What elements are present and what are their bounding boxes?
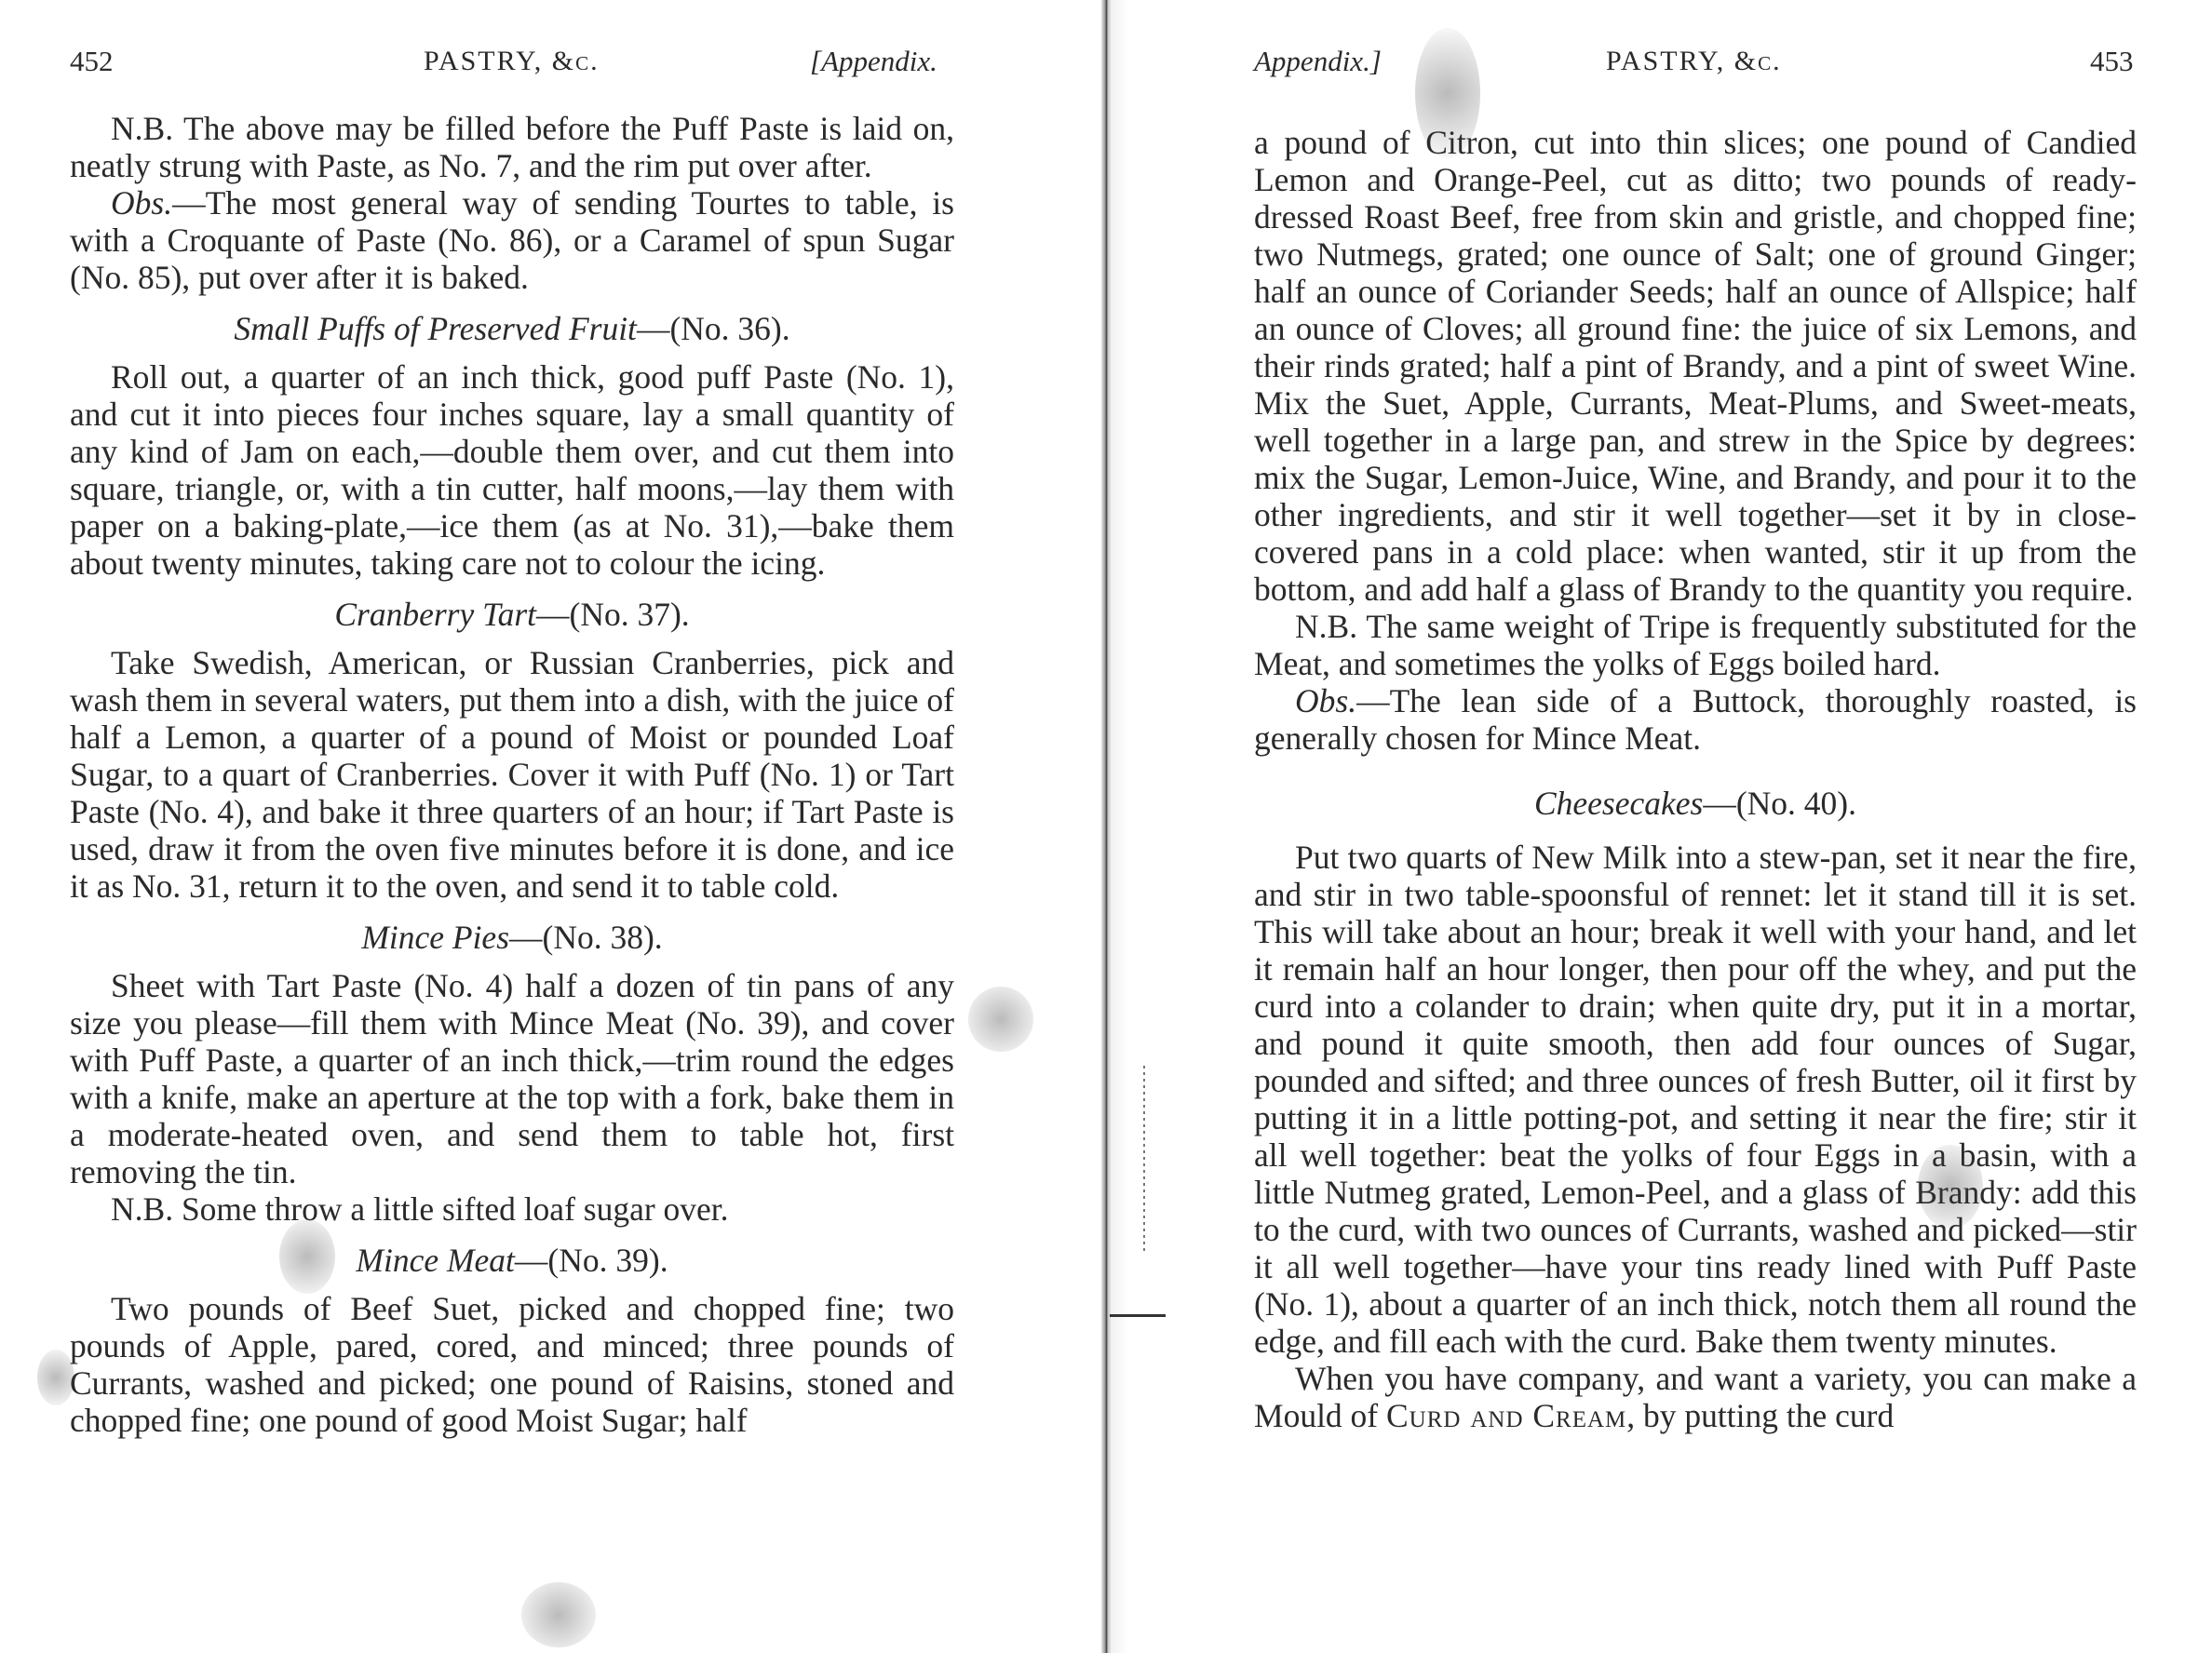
small-caps-term: Curd and Cream	[1386, 1397, 1626, 1434]
paragraph: Put two quarts of New Milk into a stew-p…	[1254, 839, 2137, 1360]
paragraph: Roll out, a quarter of an inch thick, go…	[70, 358, 954, 582]
paragraph: a pound of Citron, cut into thin slices;…	[1254, 124, 2137, 608]
paragraph: Two pounds of Beef Suet, picked and chop…	[70, 1290, 954, 1439]
paragraph: Obs.—The most general way of sending Tou…	[70, 184, 954, 296]
obs-label: Obs.	[1295, 682, 1356, 719]
paragraph-text: , by putting the curd	[1626, 1397, 1894, 1434]
recipe-title: Mince Pies	[361, 919, 509, 956]
paragraph: Take Swedish, American, or Russian Cranb…	[70, 644, 954, 905]
paragraph: Obs.—The lean side of a Buttock, thoroug…	[1254, 682, 2137, 757]
left-page-header: 452 PASTRY, &c. [Appendix.	[0, 41, 1099, 82]
recipe-number: —(No. 36).	[637, 310, 790, 347]
right-page-body: a pound of Citron, cut into thin slices;…	[1254, 124, 2137, 1434]
recipe-heading: Mince Meat—(No. 39).	[70, 1242, 954, 1279]
recipe-number: —(No. 40).	[1703, 785, 1856, 822]
recipe-title: Cheesecakes	[1534, 785, 1703, 822]
paragraph: Sheet with Tart Paste (No. 4) half a doz…	[70, 967, 954, 1190]
scan-smudge	[1918, 1145, 1983, 1229]
recipe-title: Cranberry Tart	[334, 596, 536, 633]
paragraph: N.B. The above may be filled before the …	[70, 110, 954, 184]
running-title: PASTRY, &c.	[1606, 41, 1782, 82]
page-number: 453	[2090, 41, 2134, 82]
scan-smudge	[37, 1350, 74, 1405]
paragraph: When you have company, and want a variet…	[1254, 1360, 2137, 1434]
page-number: 452	[70, 41, 114, 82]
recipe-heading: Mince Pies—(No. 38).	[70, 919, 954, 956]
scan-smudge	[521, 1582, 596, 1647]
section-label: [Appendix.	[810, 41, 937, 82]
book-spread: 452 PASTRY, &c. [Appendix. N.B. The abov…	[0, 0, 2212, 1653]
recipe-number: —(No. 39).	[515, 1242, 668, 1279]
paragraph: N.B. Some throw a little sifted loaf sug…	[70, 1190, 954, 1228]
scan-smudge	[968, 987, 1033, 1052]
section-label: Appendix.]	[1254, 41, 1382, 82]
paragraph-text: —The most general way of sending Tourtes…	[70, 184, 954, 296]
left-page: 452 PASTRY, &c. [Appendix. N.B. The abov…	[0, 0, 1099, 1653]
right-page-header: Appendix.] PASTRY, &c. 453	[1117, 41, 2212, 82]
running-title: PASTRY, &c.	[424, 41, 600, 82]
left-page-body: N.B. The above may be filled before the …	[70, 110, 954, 1439]
right-page: Appendix.] PASTRY, &c. 453 a pound of Ci…	[1117, 0, 2212, 1653]
paragraph-text: —The lean side of a Buttock, thoroughly …	[1254, 682, 2137, 757]
recipe-title: Mince Meat	[356, 1242, 515, 1279]
scan-smudge	[1415, 28, 1480, 158]
recipe-title: Small Puffs of Preserved Fruit	[234, 310, 637, 347]
recipe-heading: Cranberry Tart—(No. 37).	[70, 596, 954, 633]
paragraph: N.B. The same weight of Tripe is frequen…	[1254, 608, 2137, 682]
recipe-number: —(No. 37).	[536, 596, 690, 633]
recipe-heading: Cheesecakes—(No. 40).	[1254, 785, 2137, 822]
scan-smudge	[279, 1219, 335, 1294]
recipe-number: —(No. 38).	[509, 919, 663, 956]
recipe-heading: Small Puffs of Preserved Fruit—(No. 36).	[70, 310, 954, 347]
obs-label: Obs.	[111, 184, 172, 222]
